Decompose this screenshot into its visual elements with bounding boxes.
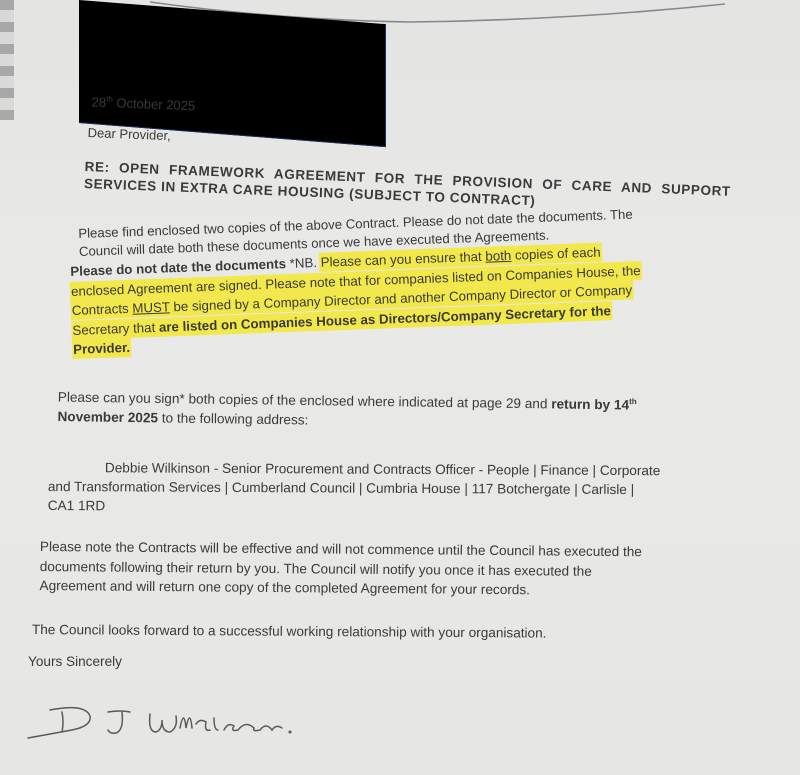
background-edge	[0, 0, 14, 120]
paragraph-return-instructions: Please can you sign* both copies of the …	[57, 384, 788, 436]
return-address: Debbie Wilkinson - Senior Procurement an…	[48, 458, 788, 519]
letter-page: 28th October 2025 Dear Provider, RE: OPE…	[0, 0, 800, 775]
closing-phrase: Yours Sincerely	[28, 654, 122, 669]
redacted-letterhead	[79, 0, 386, 147]
salutation: Dear Provider,	[87, 125, 171, 143]
handwritten-signature	[20, 700, 300, 755]
paragraph-closing-remark: The Council looks forward to a successfu…	[32, 622, 547, 641]
paragraph-effective-notice: Please note the Contracts will be effect…	[39, 537, 783, 602]
